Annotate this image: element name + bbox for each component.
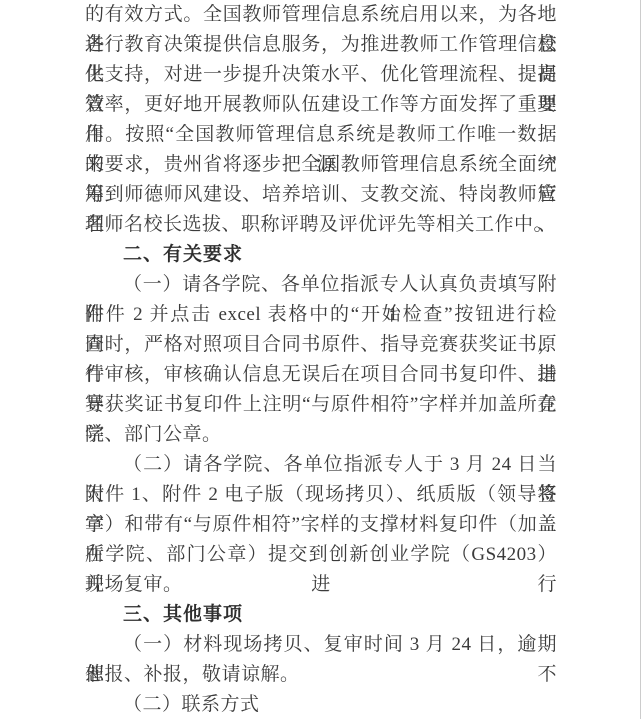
text-line: 效率，更好地开展教师队伍建设工作等方面发挥了重要作 bbox=[85, 90, 557, 120]
text-line: （二）请各学院、各单位指派专人于 3 月 24 日当天将 bbox=[85, 450, 557, 480]
text-line: 的要求，贵州省将逐步把全国教师管理信息系统全面统筹应 bbox=[85, 150, 557, 180]
text-line: 赛获奖证书复印件上注明“与原件相符”字样并加盖所在学 bbox=[85, 390, 557, 420]
text-line: 名师名校长选拔、职称评聘及评优评先等相关工作中。 bbox=[85, 210, 557, 240]
text-line: 行审核，审核确认信息无误后在项目合同书复印件、指导竞 bbox=[85, 360, 557, 390]
text-line: 的有效方式。全国教师管理信息系统启用以来，为各地各校 bbox=[85, 0, 557, 30]
text-line: 在学院、部门公章）提交到创新创业学院（GS4203）并进行 bbox=[85, 540, 557, 570]
text-line: 章）和带有“与原件相符”字样的支撑材料复印件（加盖所 bbox=[85, 510, 557, 540]
text-line: 附件 2 并点击 excel 表格中的“开始检查”按钮进行检查， bbox=[85, 300, 557, 330]
text-line: 院、部门公章。 bbox=[85, 420, 557, 450]
section-heading: 二、有关要求 bbox=[85, 240, 557, 270]
text-line: 进行教育决策提供信息服务，为推进教师工作管理信息化提 bbox=[85, 30, 557, 60]
document-body: 的有效方式。全国教师管理信息系统启用以来，为各地各校进行教育决策提供信息服务，为… bbox=[85, 0, 557, 719]
text-line: 同时，严格对照项目合同书原件、指导竞赛获奖证书原件进 bbox=[85, 330, 557, 360]
text-line: （二）联系方式 bbox=[85, 690, 557, 719]
document-page: 的有效方式。全国教师管理信息系统启用以来，为各地各校进行教育决策提供信息服务，为… bbox=[0, 0, 642, 719]
page-edge-divider bbox=[640, 0, 641, 719]
section-heading: 三、其他事项 bbox=[85, 600, 557, 630]
text-line: 供支持，对进一步提升决策水平、优化管理流程、提高管理 bbox=[85, 60, 557, 90]
text-line: 用到师德师风建设、培养培训、支教交流、特岗教师管理、 bbox=[85, 180, 557, 210]
text-line: 用。按照“全国教师管理信息系统是教师工作唯一数据来源” bbox=[85, 120, 557, 150]
text-line: 附件 1、附件 2 电子版（现场拷贝）、纸质版（领导签字、盖 bbox=[85, 480, 557, 510]
text-line: （一）材料现场拷贝、复审时间 3 月 24 日，逾期恕不 bbox=[85, 630, 557, 660]
text-line: （一）请各学院、各单位指派专人认真负责填写附件 1、 bbox=[85, 270, 557, 300]
